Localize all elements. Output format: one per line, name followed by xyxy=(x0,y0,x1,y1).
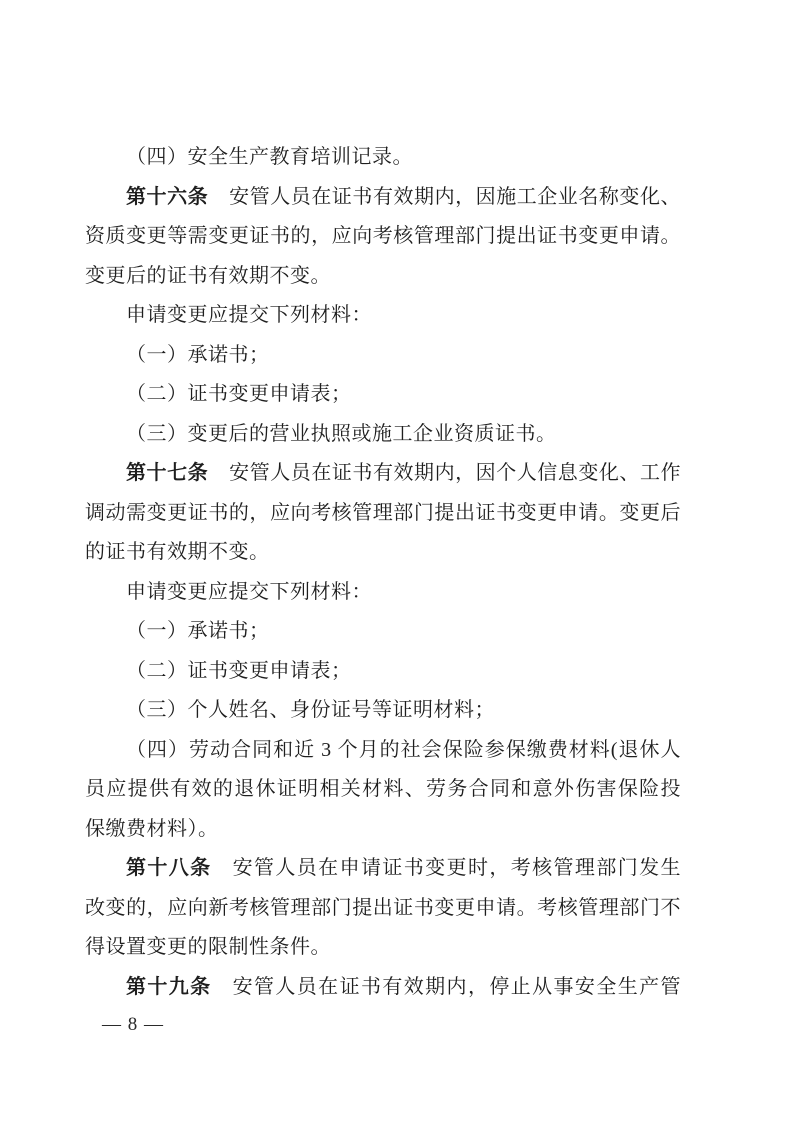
document-line: （三）变更后的营业执照或施工企业资质证书。 xyxy=(85,415,681,455)
article-number: 第十七条 xyxy=(126,462,208,484)
document-line: 第十六条安管人员在证书有效期内，因施工企业名称变化、 xyxy=(85,178,681,218)
article-text: 安管人员在证书有效期内，因施工企业名称变化、 xyxy=(229,186,681,208)
document-line: （三）个人姓名、身份证号等证明材料； xyxy=(85,691,681,731)
document-line: 保缴费材料）。 xyxy=(85,810,681,850)
document-body: （四）安全生产教育培训记录。 第十六条安管人员在证书有效期内，因施工企业名称变化… xyxy=(85,138,681,1007)
document-line: 改变的，应向新考核管理部门提出证书变更申请。考核管理部门不 xyxy=(85,889,681,929)
article-number: 第十八条 xyxy=(126,857,212,879)
document-line: （二）证书变更申请表； xyxy=(85,652,681,692)
article-text: 安管人员在证书有效期内，因个人信息变化、工作 xyxy=(229,462,681,484)
document-line: （一）承诺书； xyxy=(85,612,681,652)
document-line: 调动需变更证书的，应向考核管理部门提出证书变更申请。变更后 xyxy=(85,494,681,534)
article-number: 第十九条 xyxy=(126,976,212,998)
document-line: （四）劳动合同和近 3 个月的社会保险参保缴费材料(退休人 xyxy=(85,731,681,771)
article-text: 安管人员在申请证书变更时，考核管理部门发生 xyxy=(233,857,681,879)
document-line: 变更后的证书有效期不变。 xyxy=(85,257,681,297)
document-line: 第十八条安管人员在申请证书变更时，考核管理部门发生 xyxy=(85,849,681,889)
article-text: 安管人员在证书有效期内，停止从事安全生产管 xyxy=(233,976,681,998)
document-line: （四）安全生产教育培训记录。 xyxy=(85,138,681,178)
document-line: 申请变更应提交下列材料： xyxy=(85,296,681,336)
document-line: 申请变更应提交下列材料： xyxy=(85,573,681,613)
document-line: 员应提供有效的退休证明相关材料、劳务合同和意外伤害保险投 xyxy=(85,770,681,810)
document-line: （二）证书变更申请表； xyxy=(85,375,681,415)
document-line: 得设置变更的限制性条件。 xyxy=(85,928,681,968)
page-number: — 8 — xyxy=(102,1013,164,1037)
document-line: （一）承诺书； xyxy=(85,336,681,376)
document-line: 的证书有效期不变。 xyxy=(85,533,681,573)
document-page: （四）安全生产教育培训记录。 第十六条安管人员在证书有效期内，因施工企业名称变化… xyxy=(0,0,793,1122)
article-number: 第十六条 xyxy=(126,186,208,208)
document-line: 第十七条安管人员在证书有效期内，因个人信息变化、工作 xyxy=(85,454,681,494)
document-line: 第十九条安管人员在证书有效期内，停止从事安全生产管 xyxy=(85,968,681,1008)
document-line: 资质变更等需变更证书的，应向考核管理部门提出证书变更申请。 xyxy=(85,217,681,257)
